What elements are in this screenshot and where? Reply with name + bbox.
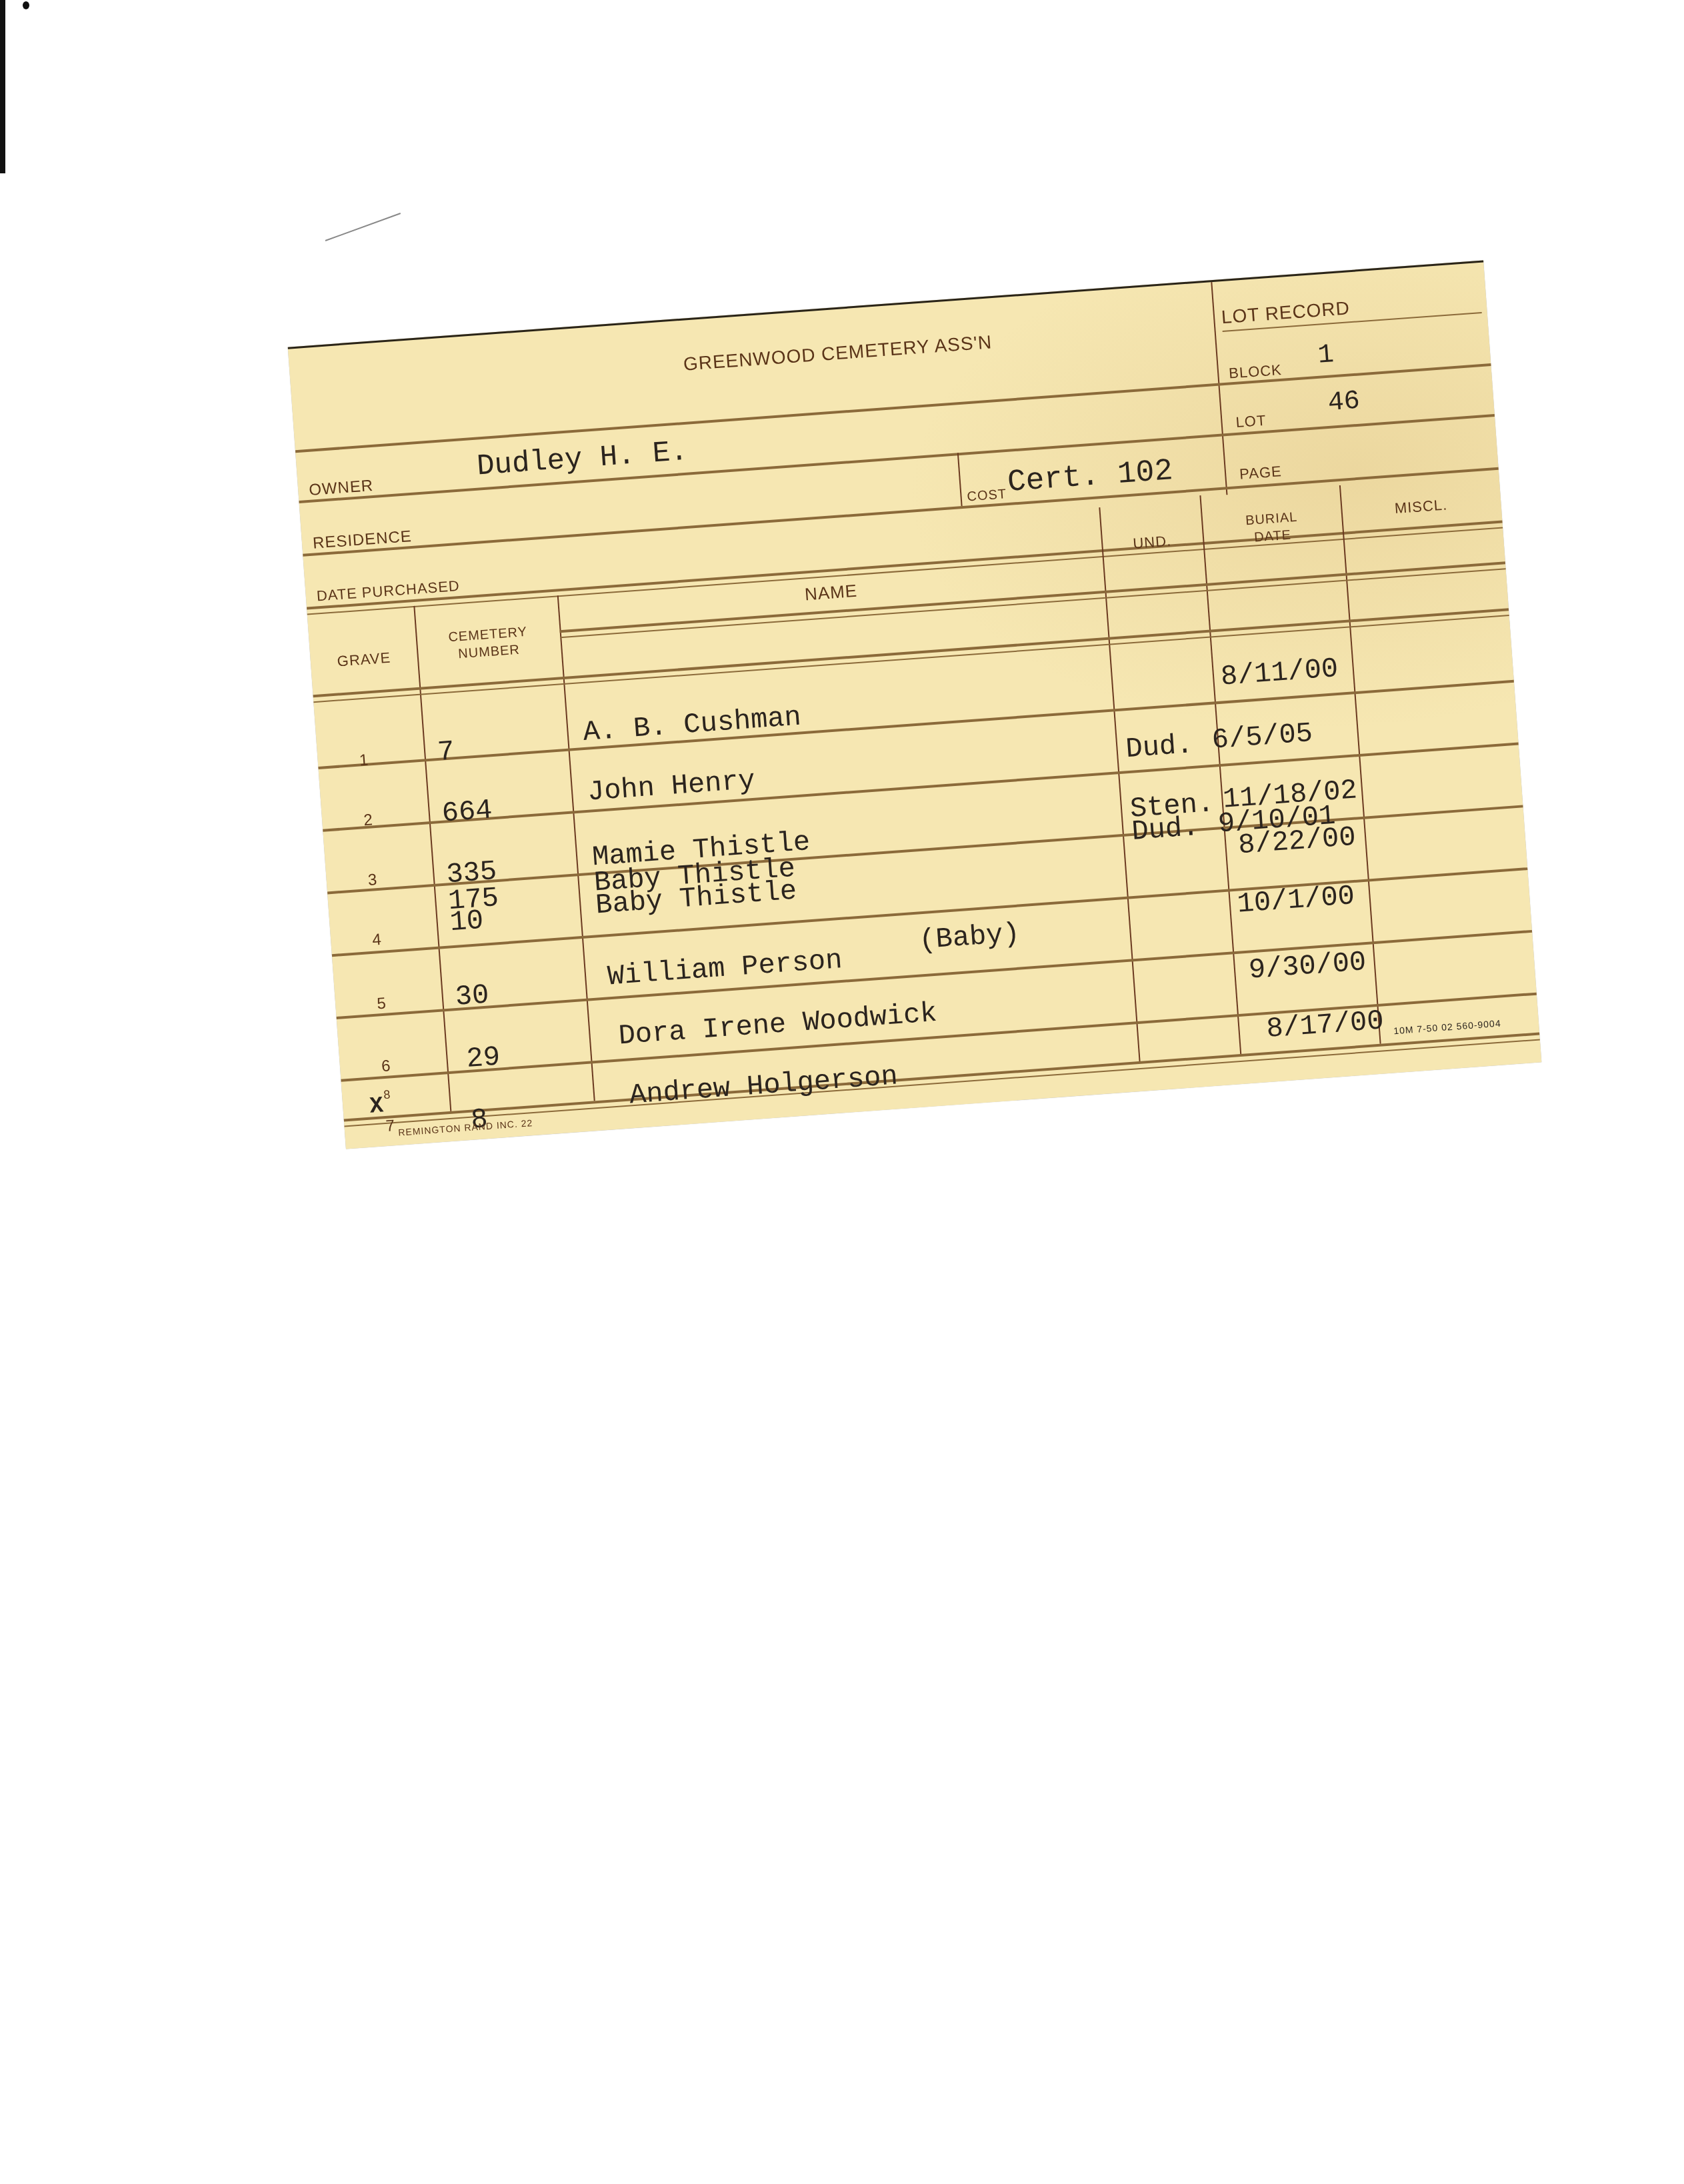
burial-name: Dora Irene Woodwick — [617, 997, 938, 1053]
grave-number: 2 — [363, 811, 373, 830]
grave-number: 3 — [367, 871, 378, 890]
cemetery-number: 29 — [465, 1041, 501, 1075]
grave-number: 7 — [385, 1117, 396, 1136]
grave-number: 5 — [376, 995, 387, 1014]
cost-label: COST — [967, 487, 1007, 505]
name-note: (Baby) — [918, 918, 1021, 957]
und-note: Dud. — [1131, 811, 1200, 848]
burial-date: 9/30/00 — [1247, 946, 1367, 987]
col-header-und-text: UND. — [1133, 533, 1172, 552]
burial-date: 8/11/00 — [1219, 653, 1339, 693]
scan-dot-artifact — [23, 1, 29, 9]
cemetery-number: 7 — [437, 735, 456, 769]
grave-number: 6 — [381, 1057, 391, 1076]
grave-number: 4 — [371, 931, 382, 950]
form-code: 10M 7-50 02 560-9004 — [1393, 1018, 1501, 1037]
und-note: Dud. — [1125, 729, 1194, 765]
scan-edge-artifact — [0, 0, 5, 173]
bottom-rule — [344, 1039, 1539, 1127]
cemetery-number: 30 — [454, 979, 490, 1013]
burial-date: 6/5/05 — [1211, 717, 1313, 757]
grave-mark: X — [369, 1093, 384, 1119]
col-divider-cemetery — [557, 595, 595, 1101]
col-header-miscl: MISCL. — [1341, 493, 1501, 521]
grave-number: 8 — [383, 1087, 392, 1102]
bottom-rule — [344, 1032, 1540, 1121]
col-header-name-text: NAME — [804, 581, 858, 605]
cemetery-number: 664 — [441, 794, 493, 829]
cost-divider — [957, 453, 963, 506]
lot-value: 46 — [1327, 387, 1361, 419]
cemetery-number: 10 — [449, 905, 485, 939]
col-header-burial-date: BURIALDATE — [1201, 505, 1343, 550]
col-header-grave: GRAVE — [310, 647, 417, 673]
burial-name: William Person — [607, 944, 843, 993]
col-header-cemetery-number: CEMETERYNUMBER — [415, 621, 561, 665]
burial-date: 10/1/00 — [1236, 880, 1355, 921]
lot-label: LOT — [1235, 412, 1267, 431]
col-header-grave-text: GRAVE — [337, 649, 391, 670]
col-divider-und — [1199, 495, 1241, 1054]
burial-name: Andrew Holgerson — [629, 1060, 899, 1111]
block-value: 1 — [1317, 340, 1335, 371]
rule — [295, 363, 1491, 453]
grave-number: 1 — [359, 751, 369, 771]
lot-record-card: GREENWOOD CEMETERY ASS'N LOT RECORD BLOC… — [288, 261, 1542, 1149]
col-header-miscl-text: MISCL. — [1394, 496, 1448, 517]
card-title: GREENWOOD CEMETERY ASS'N — [683, 331, 993, 375]
stray-mark — [325, 213, 401, 241]
page-label: PAGE — [1239, 463, 1282, 483]
